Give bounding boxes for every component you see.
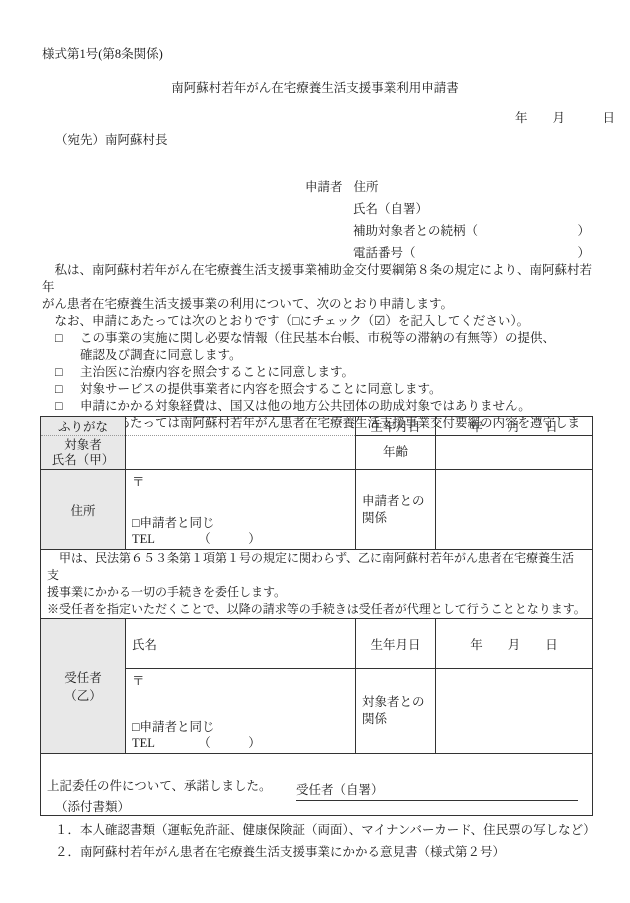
tel-line: TEL （ ） [132,531,349,547]
target-relation-label: 対象者との関係 [356,669,436,754]
applicant-phone-close-paren: ） [577,242,590,264]
postal-mark-icon: 〒 [132,472,349,490]
form-number: 様式第1号(第8条関係) [42,44,163,62]
target-name-label: 対象者 氏名（甲） [41,436,126,470]
postal-mark-icon: 〒 [132,671,349,689]
consent-item-doctor: □ 主治医に治療内容を照会することに同意します。 [55,364,594,381]
delegate-sign-label: 受任者（自署） [296,783,384,797]
same-as-applicant-checkbox: □申請者と同じ [132,717,349,735]
applicant-relation-label: 補助対象者との続柄（ [353,220,478,242]
page-title: 南阿蘇村若年がん在宅療養生活支援事業利用申請書 [0,78,630,96]
applicant-relation-table-label: 申請者との関係 [356,470,436,550]
checkbox-icon: □ [55,364,80,381]
applicant-label: 申請者 [305,176,343,198]
date-line: 年 月 日 [515,108,615,126]
checkbox-icon: □ [55,330,80,364]
delegate-address-cell: 〒 □申請者と同じ TEL （ ） [126,669,356,754]
consent-item-subsidy: □ 申請にかかる対象経費は、国又は他の地方公共団体の助成対象ではありません。 [55,398,594,415]
delegate-label: 受任者 （乙） [41,619,126,754]
delegate-label-line1: 受任者 [47,668,119,686]
attachment-item: ２．南阿蘇村若年がん患者在宅療養生活支援事業にかかる意見書（様式第２号） [55,841,596,864]
applicant-block: 申請者 住所 氏名（自署） 補助対象者との続柄（ ） 電話番号（ ） [305,176,590,264]
consent-item-label: 申請にかかる対象経費は、国又は他の地方公共団体の助成対象ではありません。 [80,398,594,415]
age-label: 年齢 [356,436,436,470]
consent-item-label: 主治医に治療内容を照会することに同意します。 [80,364,594,381]
address-input-cell: 〒 □申請者と同じ TEL （ ） [126,470,356,550]
applicant-table: ふりがな 生年月日 年 月 日 対象者 氏名（甲） 年齢 住所 〒 □申請者と同… [40,416,593,816]
target-name-input-cell [126,436,356,470]
attachments-block: （添付書類） １．本人確認書類（運転免許証、健康保険証（両面）、マイナンバーカー… [55,796,596,864]
checkbox-icon: □ [55,381,80,398]
applicant-relation-close-paren: ） [577,220,590,242]
target-name-label-line1: 対象者 [47,438,119,453]
delegate-birth-label: 生年月日 [356,619,436,669]
applicant-relation-value-cell [436,470,593,550]
furigana-input-cell [126,417,356,436]
tel-line: TEL （ ） [132,735,349,751]
consent-item-label: この事業の実施に関し必要な情報（住民基本台帳、市税等の滞納の有無等）の提供、 確… [80,330,594,364]
age-value-cell [436,436,593,470]
birthdate-value: 年 月 日 [436,417,593,436]
delegate-label-line2: （乙） [47,686,119,704]
applicant-address-label: 住所 [354,176,379,198]
delegation-text: 甲は、民法第６５３条第１項第１号の規定に関わらず、乙に南阿蘇村若年がん患者在宅療… [47,550,586,601]
address-label: 住所 [41,470,126,550]
delegate-birth-value: 年 月 日 [436,619,593,669]
target-name-label-line2: 氏名（甲） [47,453,119,468]
applicant-phone-label: 電話番号（ [353,242,416,264]
consent-item-label: 対象サービスの提供事業者に内容を照会することに同意します。 [80,381,594,398]
target-relation-value-cell [436,669,593,754]
applicant-relation-field: 補助対象者との続柄（ ） [353,220,590,242]
applicant-name-label: 氏名（自署） [353,198,590,220]
consent-item-provider: □ 対象サービスの提供事業者に内容を照会することに同意します。 [55,381,594,398]
birthdate-label: 生年月日 [356,417,436,436]
delegate-name-cell: 氏名 [126,619,356,669]
delegation-statement-cell: 甲は、民法第６５３条第１項第１号の規定に関わらず、乙に南阿蘇村若年がん患者在宅療… [41,550,593,619]
furigana-label: ふりがな [41,417,126,436]
intro-note: なお、申請にあたっては次のとおりです（□にチェック（☑）を記入してください）。 [42,313,594,330]
consent-item-info: □ この事業の実施に関し必要な情報（住民基本台帳、市税等の滞納の有無等）の提供、… [55,330,594,364]
addressee: （宛先）南阿蘇村長 [55,130,168,148]
same-as-applicant-checkbox: □申請者と同じ [132,513,349,531]
applicant-phone-field: 電話番号（ ） [353,242,590,264]
intro-paragraph: 私は、南阿蘇村若年がん在宅療養生活支援事業補助金交付要綱第８条の規定により、南阿… [42,262,594,313]
attachments-heading: （添付書類） [55,796,596,819]
checkbox-icon: □ [55,398,80,415]
attachment-item: １．本人確認書類（運転免許証、健康保険証（両面）、マイナンバーカード、住民票の写… [55,819,596,842]
application-form-page: 様式第1号(第8条関係) 南阿蘇村若年がん在宅療養生活支援事業利用申請書 年 月… [0,0,630,903]
delegation-note: ※受任者を指定いただくことで、以降の請求等の手続きは受任者が代理として行うことと… [47,601,586,618]
